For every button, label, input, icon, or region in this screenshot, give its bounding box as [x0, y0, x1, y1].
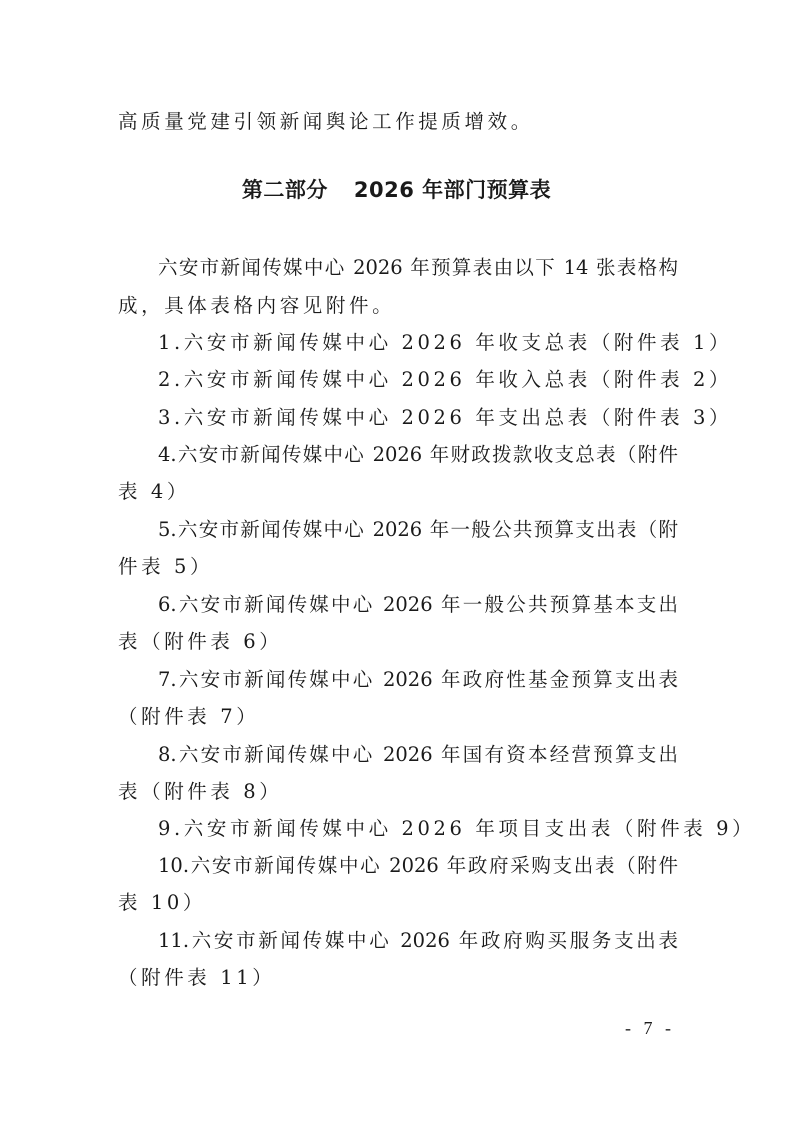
list-item-11: 11.六安市新闻传媒中心 2026 年政府购买服务支出表: [158, 928, 678, 954]
list-item-10: 10.六安市新闻传媒中心 2026 年政府采购支出表（附件: [158, 853, 678, 879]
list-item-1: 1.六安市新闻传媒中心 2026 年收支总表（附件表 1）: [158, 330, 678, 356]
list-item-5-cont: 件表 5）: [118, 554, 678, 580]
list-item-3: 3.六安市新闻传媒中心 2026 年支出总表（附件表 3）: [158, 405, 678, 431]
list-item-5: 5.六安市新闻传媒中心 2026 年一般公共预算支出表（附: [158, 517, 678, 543]
list-item-6: 6.六安市新闻传媒中心 2026 年一般公共预算基本支出: [158, 592, 678, 618]
section-heading: 第二部分2026 年部门预算表: [0, 176, 793, 204]
section-heading-title: 2026 年部门预算表: [354, 178, 551, 202]
list-item-8-cont: 表（附件表 8）: [118, 779, 678, 805]
list-item-4-cont: 表 4）: [118, 479, 678, 505]
list-item-6-cont: 表（附件表 6）: [118, 629, 678, 655]
list-item-7-cont: （附件表 7）: [118, 704, 678, 730]
list-item-4: 4.六安市新闻传媒中心 2026 年财政拨款收支总表（附件: [158, 442, 678, 468]
list-item-2: 2.六安市新闻传媒中心 2026 年收入总表（附件表 2）: [158, 367, 678, 393]
document-page: 高质量党建引领新闻舆论工作提质增效。 第二部分2026 年部门预算表 六安市新闻…: [0, 0, 793, 1122]
list-item-10-cont: 表 10）: [118, 890, 678, 916]
intro-tail-text: 高质量党建引领新闻舆论工作提质增效。: [118, 109, 678, 135]
page-number: - 7 -: [625, 1018, 675, 1039]
list-item-7: 7.六安市新闻传媒中心 2026 年政府性基金预算支出表: [158, 667, 678, 693]
list-item-11-cont: （附件表 11）: [118, 965, 678, 991]
paragraph-line-2: 成，具体表格内容见附件。: [118, 293, 678, 319]
list-item-8: 8.六安市新闻传媒中心 2026 年国有资本经营预算支出: [158, 742, 678, 768]
section-heading-part: 第二部分: [242, 178, 328, 202]
list-item-9: 9.六安市新闻传媒中心 2026 年项目支出表（附件表 9）: [158, 816, 678, 842]
paragraph-line-1: 六安市新闻传媒中心 2026 年预算表由以下 14 张表格构: [158, 255, 678, 281]
